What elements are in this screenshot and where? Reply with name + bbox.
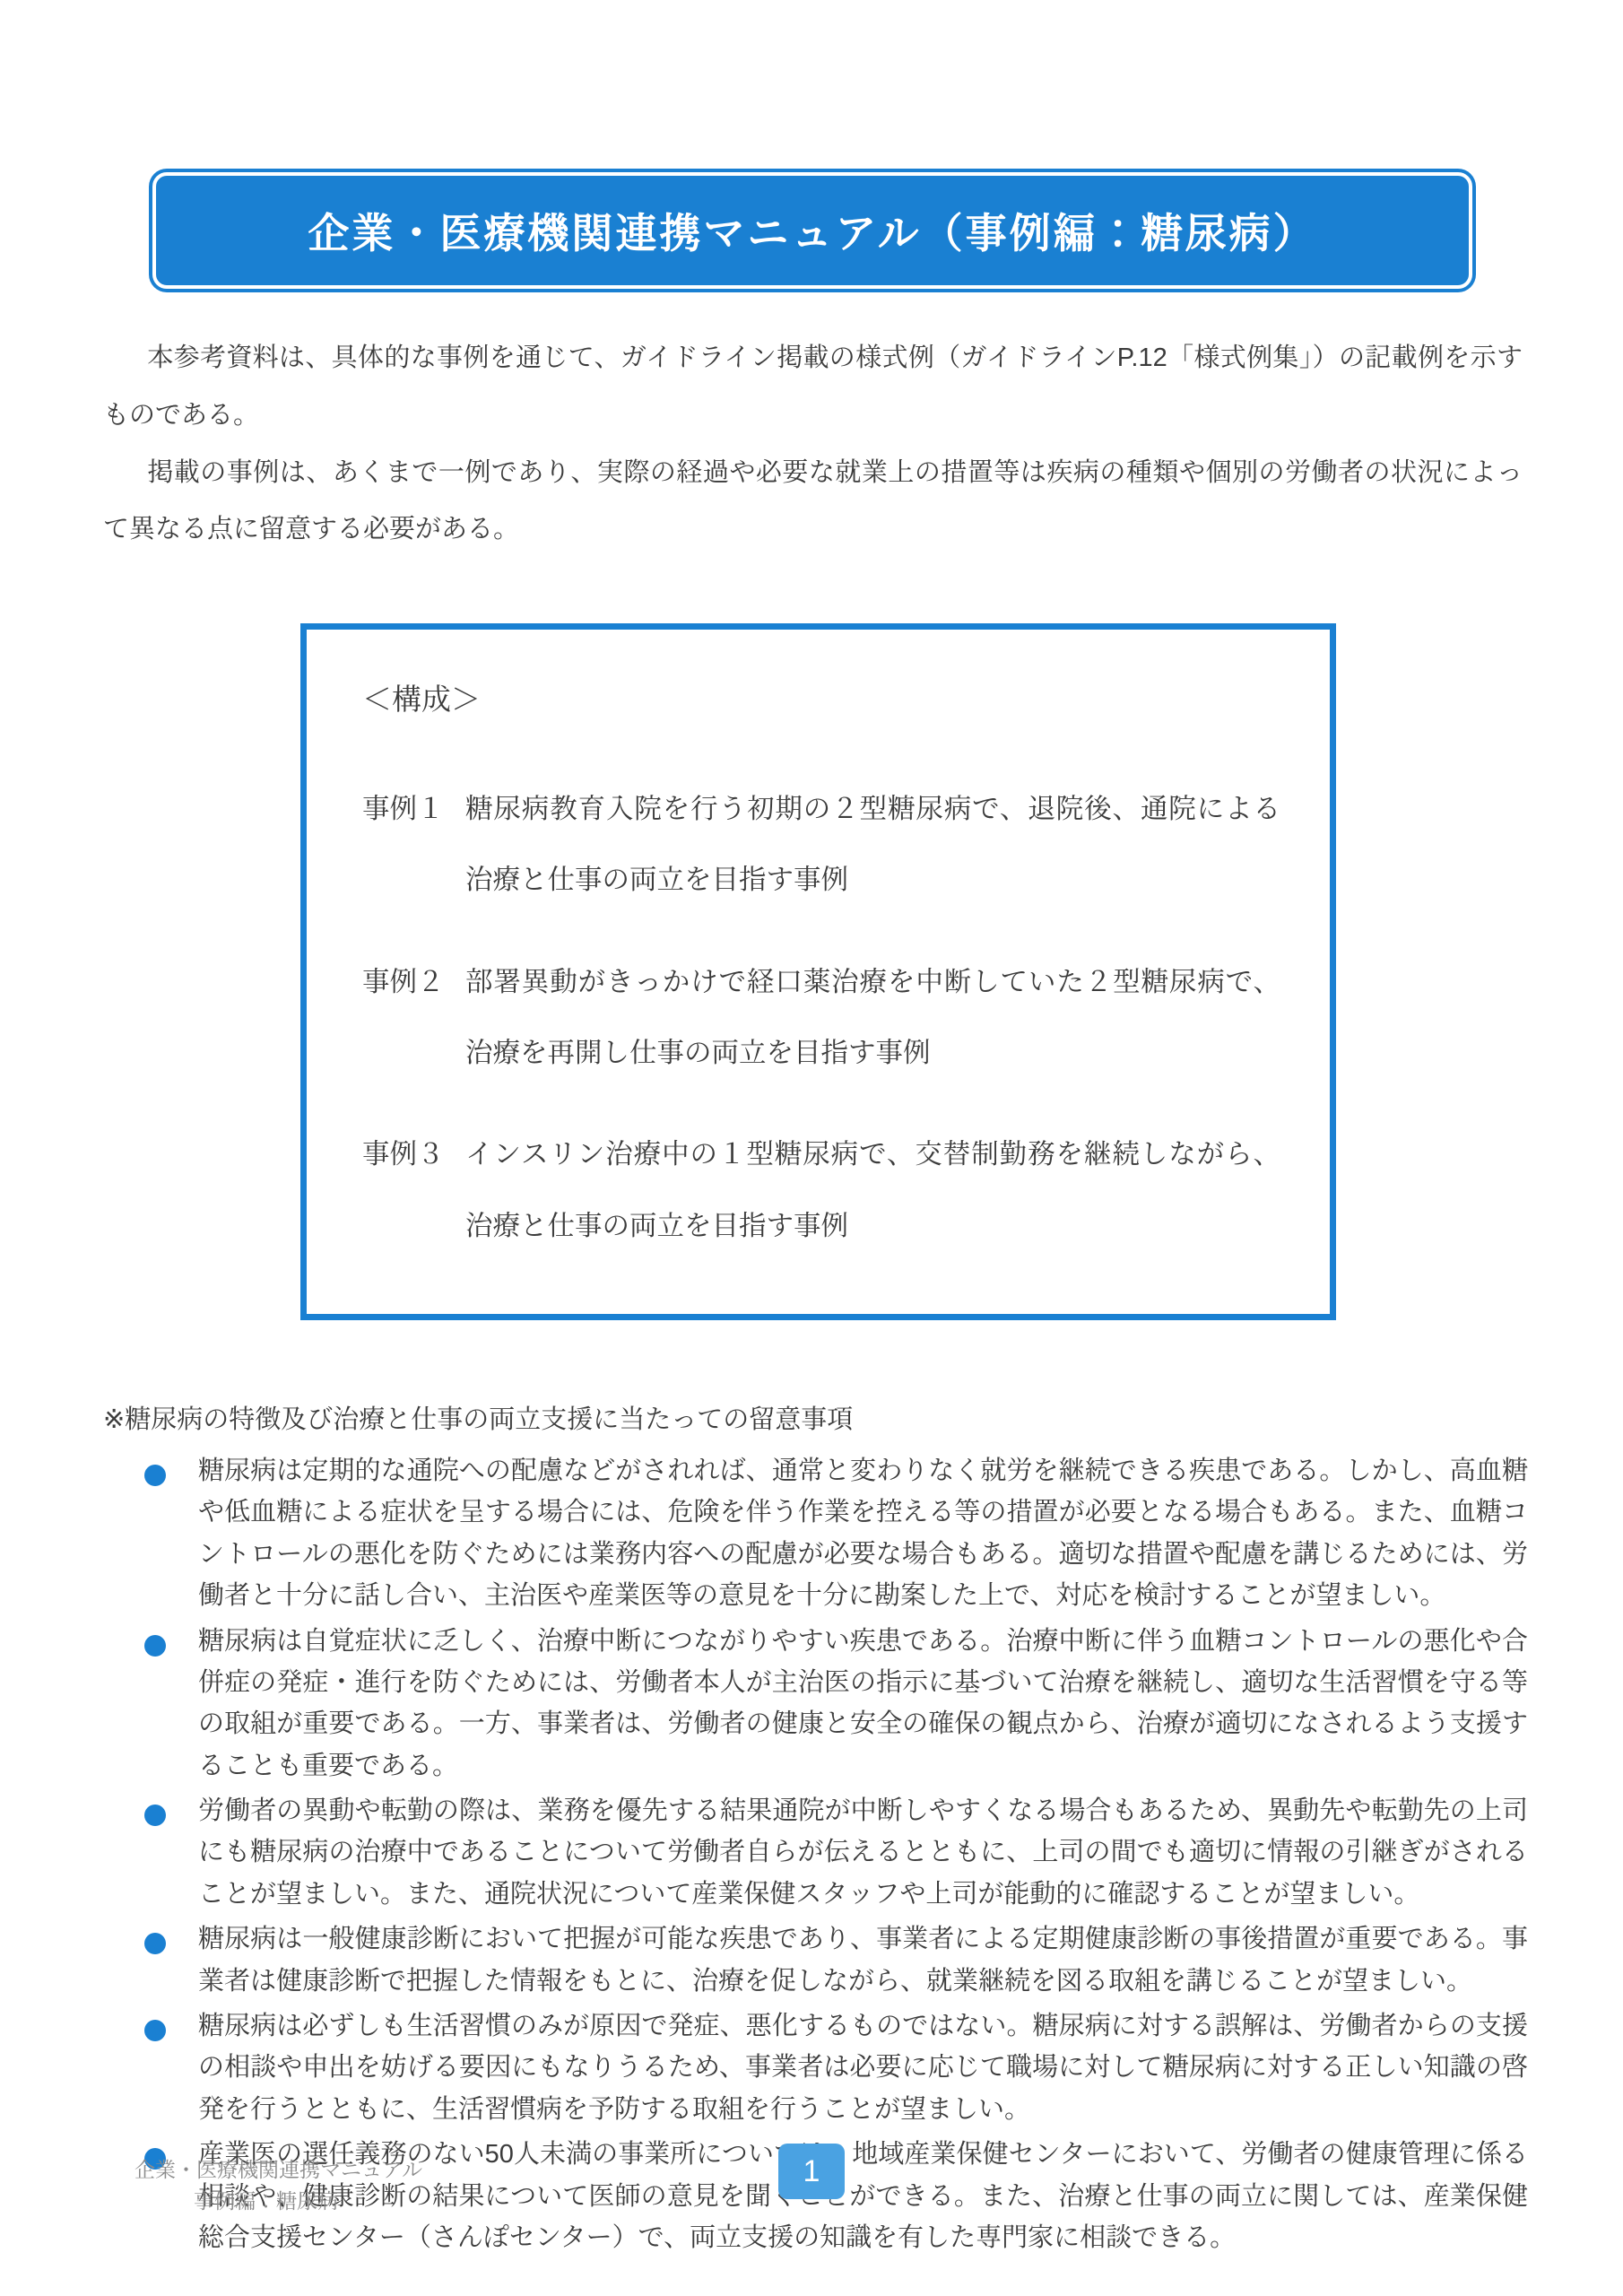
case-2-label: 事例２ [362, 947, 465, 1090]
note-item-1: 糖尿病は定期的な通院への配慮などがされれば、通常と変わりなく就労を継続できる疾患… [103, 1450, 1528, 1617]
bullet-dot-icon [144, 1465, 166, 1486]
note-item-5: 糖尿病は必ずしも生活習慣のみが原因で発症、悪化するものではない。糖尿病に対する誤… [103, 2005, 1528, 2130]
note-4-text: 糖尿病は一般健康診断において把握が可能な疾患であり、事業者による定期健康診断の事… [198, 1925, 1528, 1995]
note-item-4: 糖尿病は一般健康診断において把握が可能な疾患であり、事業者による定期健康診断の事… [103, 1918, 1528, 2002]
case-2-text: 部署異動がきっかけで経口薬治療を中断していた２型糖尿病で、治療を再開し仕事の両立… [465, 947, 1280, 1090]
footer-title-line-1: 企業・医療機関連携マニュアル [135, 2155, 422, 2187]
page-number: 1 [803, 2154, 820, 2189]
page-title: 企業・医療機関連携マニュアル（事例編：糖尿病） [308, 201, 1316, 260]
structure-box-heading: ＜構成＞ [362, 676, 1280, 718]
document-page: 企業・医療機関連携マニュアル（事例編：糖尿病） 本参考資料は、具体的な事例を通じ… [0, 0, 1623, 2296]
case-row-2: 事例２ 部署異動がきっかけで経口薬治療を中断していた２型糖尿病で、治療を再開し仕… [362, 947, 1280, 1090]
intro-section: 本参考資料は、具体的な事例を通じて、ガイドライン掲載の様式例（ガイドラインP.1… [103, 330, 1523, 559]
structure-box: ＜構成＞ 事例１ 糖尿病教育入院を行う初期の２型糖尿病で、退院後、通院による治療… [300, 623, 1336, 1320]
case-1-text: 糖尿病教育入院を行う初期の２型糖尿病で、退院後、通院による治療と仕事の両立を目指… [465, 774, 1280, 917]
note-1-text: 糖尿病は定期的な通院への配慮などがされれば、通常と変わりなく就労を継続できる疾患… [198, 1457, 1528, 1610]
intro-paragraph-1: 本参考資料は、具体的な事例を通じて、ガイドライン掲載の様式例（ガイドラインP.1… [103, 330, 1523, 445]
notes-heading: ※糖尿病の特徴及び治療と仕事の両立支援に当たっての留意事項 [103, 1399, 1528, 1436]
intro-paragraph-2: 掲載の事例は、あくまで一例であり、実際の経過や必要な就業上の措置等は疾病の種類や… [103, 445, 1523, 560]
note-item-2: 糖尿病は自覚症状に乏しく、治療中断につながりやすい疾患である。治療中断に伴う血糖… [103, 1621, 1528, 1787]
note-item-3: 労働者の異動や転勤の際は、業務を優先する結果通院が中断しやすくなる場合もあるため… [103, 1790, 1528, 1915]
case-3-text: インスリン治療中の１型糖尿病で、交替制勤務を継続しながら、治療と仕事の両立を目指… [465, 1119, 1280, 1262]
note-3-text: 労働者の異動や転勤の際は、業務を優先する結果通院が中断しやすくなる場合もあるため… [198, 1796, 1528, 1909]
notes-section: ※糖尿病の特徴及び治療と仕事の両立支援に当たっての留意事項 糖尿病は定期的な通院… [103, 1399, 1528, 2258]
case-row-3: 事例３ インスリン治療中の１型糖尿病で、交替制勤務を継続しながら、治療と仕事の両… [362, 1119, 1280, 1262]
case-row-1: 事例１ 糖尿病教育入院を行う初期の２型糖尿病で、退院後、通院による治療と仕事の両… [362, 774, 1280, 917]
bullet-dot-icon [144, 1805, 166, 1826]
footer-doc-title: 企業・医療機関連携マニュアル 事例編：糖尿病 [135, 2155, 422, 2217]
page-number-badge: 1 [778, 2144, 845, 2199]
title-banner: 企業・医療機関連携マニュアル（事例編：糖尿病） [152, 172, 1472, 289]
footer-title-line-2: 事例編：糖尿病 [135, 2187, 422, 2218]
note-2-text: 糖尿病は自覚症状に乏しく、治療中断につながりやすい疾患である。治療中断に伴う血糖… [198, 1627, 1528, 1780]
bullet-dot-icon [144, 1933, 166, 1954]
case-1-label: 事例１ [362, 774, 465, 917]
case-3-label: 事例３ [362, 1119, 465, 1262]
bullet-dot-icon [144, 2020, 166, 2041]
note-5-text: 糖尿病は必ずしも生活習慣のみが原因で発症、悪化するものではない。糖尿病に対する誤… [198, 2012, 1528, 2124]
bullet-dot-icon [144, 1635, 166, 1657]
